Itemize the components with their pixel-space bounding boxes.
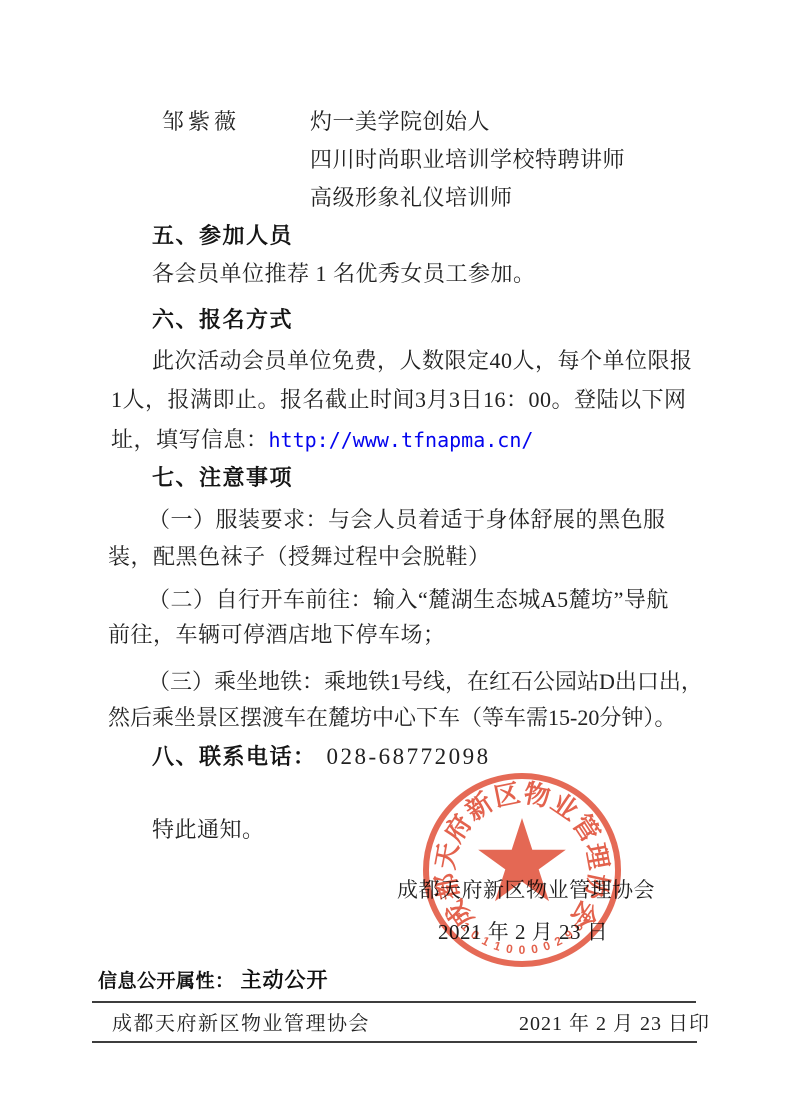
disclosure-label: 信息公开属性： [98, 971, 235, 992]
section7-item2-line1: （二）自行开车前往：输入“麓湖生态城A5麓坊”导航 [148, 585, 669, 615]
instructor-title-1: 灼一美学院创始人 [310, 107, 490, 137]
disclosure-row: 信息公开属性：主动公开 [98, 965, 329, 997]
registration-url-link[interactable]: http://www.tfnapma.cn/ [269, 428, 534, 452]
instructor-name: 邹紫薇 [162, 107, 240, 137]
section6-body-line1: 此次活动会员单位免费，人数限定40人，每个单位限报 [152, 346, 693, 376]
svg-text:理: 理 [580, 841, 613, 873]
section7-heading: 七、注意事项 [152, 463, 293, 493]
section7-item1-line2: 装，配黑色袜子（授舞过程中会脱鞋） [108, 542, 491, 572]
section7-item3-line1: （三）乘坐地铁：乘地铁1号线，在红石公园站D出口出， [148, 667, 703, 697]
section5-heading: 五、参加人员 [152, 221, 293, 251]
svg-text:业: 业 [546, 788, 584, 827]
svg-text:府: 府 [439, 810, 478, 848]
section8-row: 八、联系电话：028-68772098 [152, 742, 491, 772]
disclosure-value: 主动公开 [241, 968, 329, 992]
closing-text: 特此通知。 [152, 815, 265, 845]
section7-item3-line2: 然后乘坐景区摆渡车在麓坊中心下车（等车需15-20分钟）。 [108, 703, 676, 733]
svg-text:天: 天 [431, 841, 464, 872]
seal-ring-text: 成都天府新区物业管理协会 [431, 779, 614, 933]
signature-date: 2021 年 2 月 23 日 [438, 917, 608, 947]
section6-body-line2: 1人，报满即止。报名截止时间3月3日16：00。登陆以下网 [111, 385, 687, 415]
section7-item2-line2: 前往，车辆可停酒店地下停车场； [108, 620, 446, 650]
svg-text:物: 物 [521, 779, 552, 813]
footer-rule-top [92, 1001, 696, 1003]
contact-phone-number: 028-68772098 [327, 744, 491, 769]
svg-text:管: 管 [566, 809, 605, 847]
section6-body-line3: 址，填写信息：http://www.tfnapma.cn/ [111, 425, 533, 455]
instructor-title-3: 高级形象礼仪培训师 [310, 183, 513, 213]
document-page: 邹紫薇 灼一美学院创始人 四川时尚职业培训学校特聘讲师 高级形象礼仪培训师 五、… [0, 0, 792, 1120]
footer-print-date: 2021 年 2 月 23 日印 [519, 1009, 710, 1039]
section8-heading: 八、联系电话： [152, 744, 317, 769]
svg-text:区: 区 [491, 779, 522, 813]
footer-rule-bottom [92, 1041, 697, 1043]
section6-heading: 六、报名方式 [152, 305, 293, 335]
svg-text:新: 新 [461, 788, 499, 827]
footer-issuer: 成都天府新区物业管理协会 [112, 1009, 370, 1039]
section7-item1-line1: （一）服装要求：与会人员着适于身体舒展的黑色服 [148, 505, 666, 535]
section5-body: 各会员单位推荐 1 名优秀女员工参加。 [152, 259, 536, 289]
instructor-title-2: 四川时尚职业培训学校特聘讲师 [310, 145, 625, 175]
signature-org: 成都天府新区物业管理协会 [397, 875, 655, 905]
registration-url-prefix: 址，填写信息： [111, 427, 269, 452]
